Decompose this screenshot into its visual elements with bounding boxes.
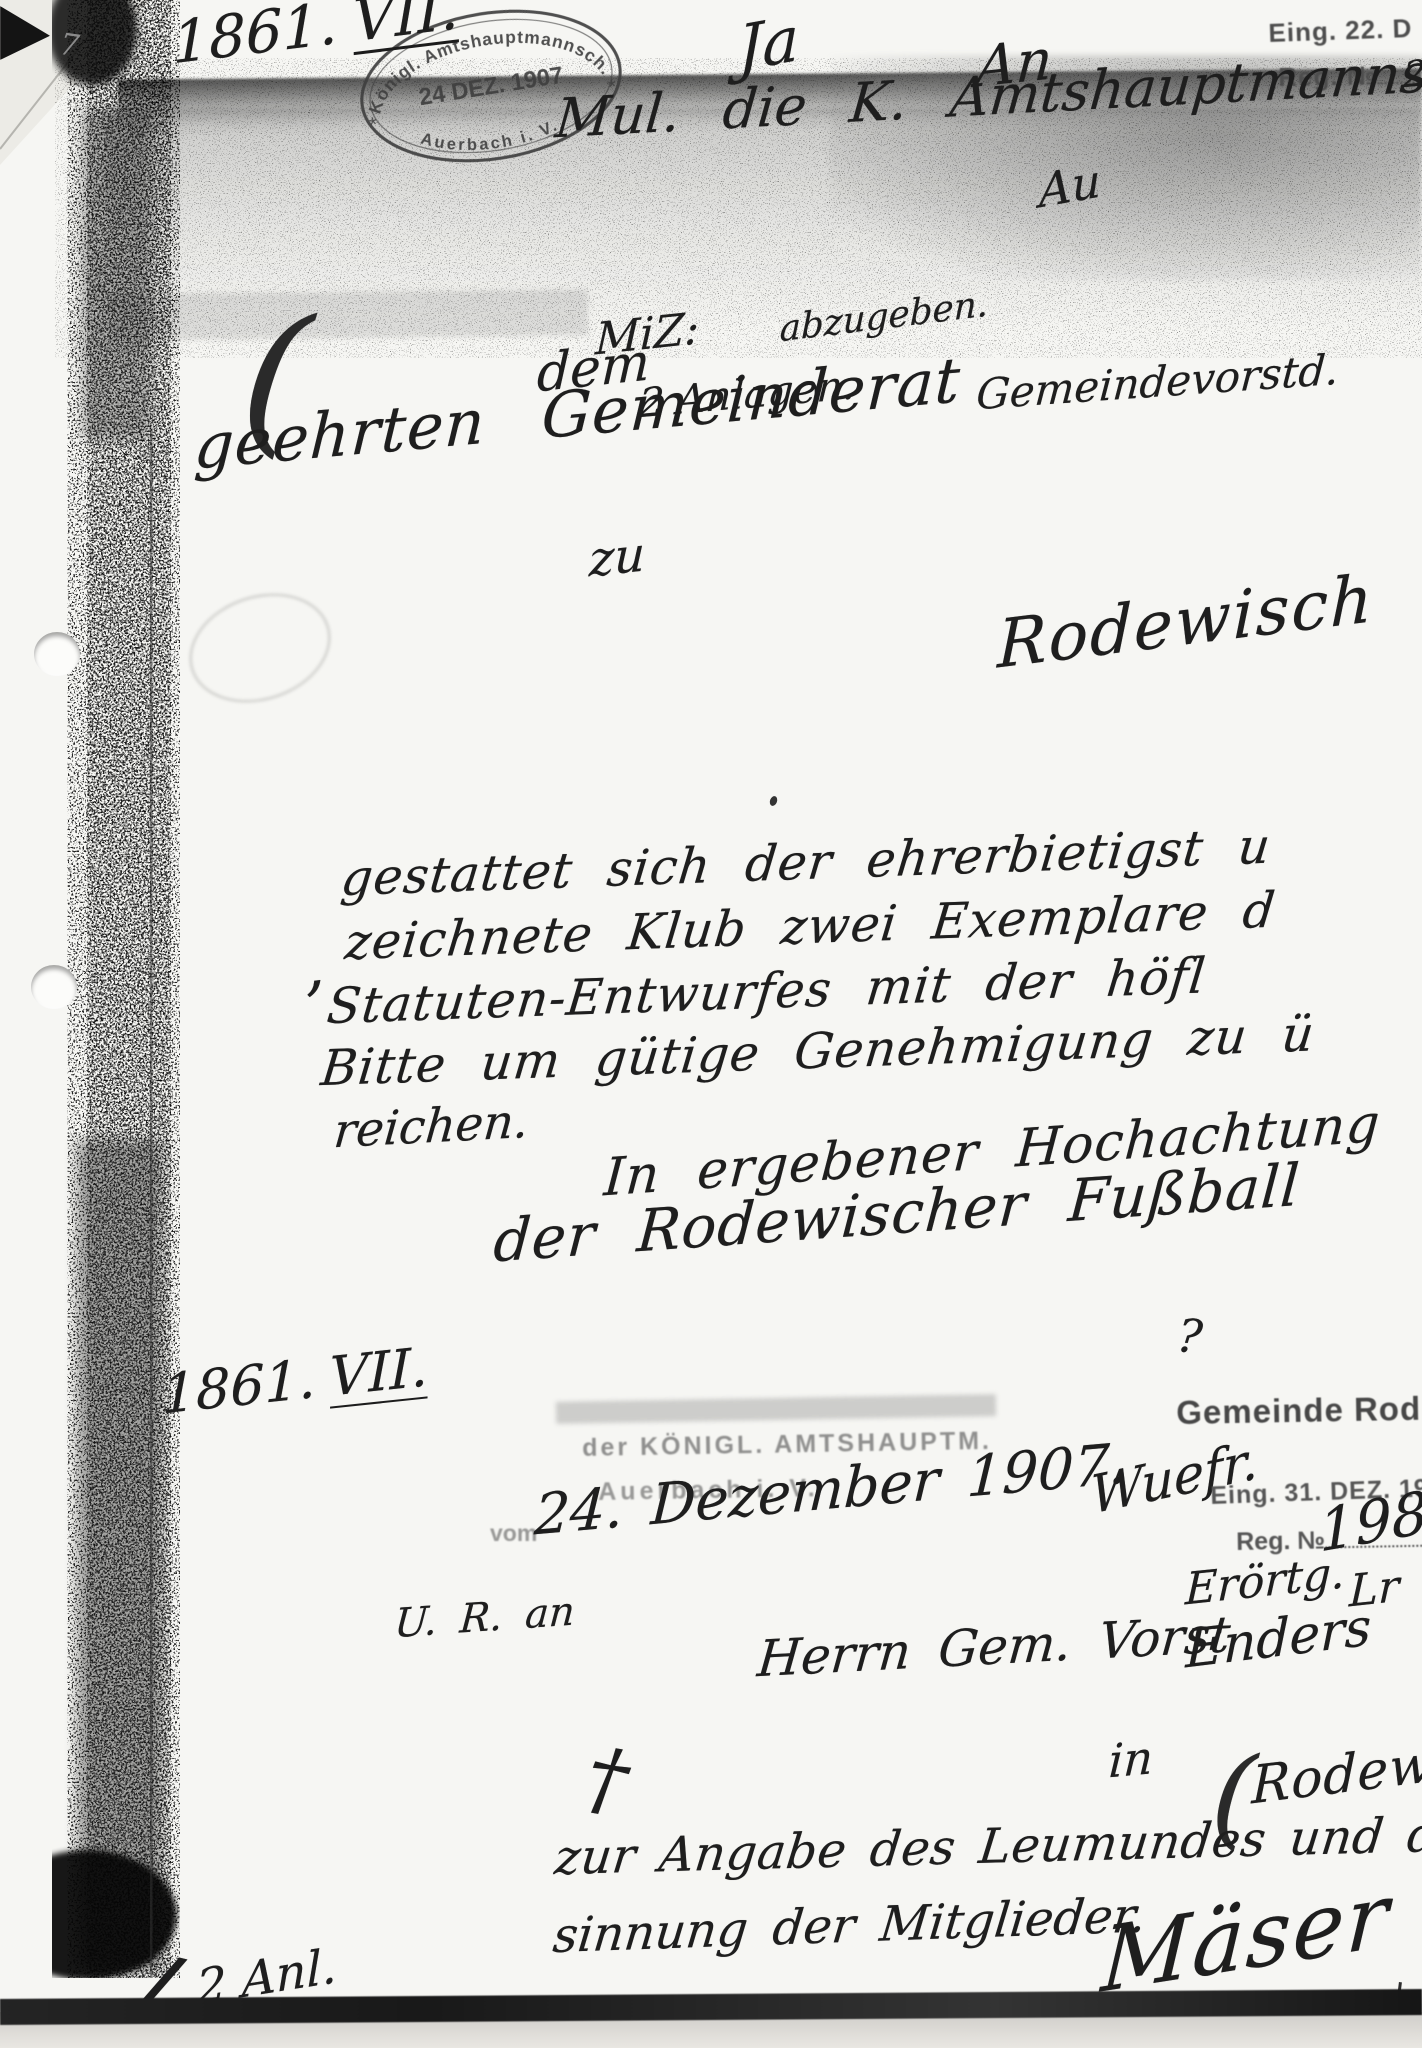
note-line-1: zur Angabe des Leumundes und der politis: [553, 1805, 1422, 1882]
top-right-eing-stamp: Eing. 22. D: [1268, 15, 1413, 46]
herrn-line: Herrn Gem. Vorst: [756, 1609, 1233, 1684]
zu-word: zu: [588, 530, 646, 584]
oval-stamp-star-left: *: [368, 113, 379, 137]
faint-stamp-vom: vom: [490, 1522, 537, 1545]
file-number-mid: 1861.VII.: [162, 1340, 428, 1426]
dagger-mark: †: [580, 1736, 635, 1824]
body-line-5: reichen.: [332, 1098, 531, 1155]
hole-punch: [31, 965, 77, 1009]
margin-comma: ,: [300, 934, 327, 1000]
note-line-2: sinnung der Mitglieder.: [551, 1891, 1148, 1960]
gemeindevorstand-note: Gemeindevorstd.: [975, 349, 1340, 417]
file-number-mid-roman: VII.: [330, 1340, 428, 1409]
file-number-mid-year: 1861.: [162, 1347, 316, 1427]
gemeinde-stamp-name: Gemeinde Rod: [1176, 1392, 1421, 1429]
address-fragment: Au: [1038, 157, 1102, 214]
faint-stamp-smudge: [556, 1394, 996, 1424]
scanned-letter-page: Königl. Amtshauptmannsch. 24 DEZ. 1907 A…: [0, 0, 1422, 2048]
ink-dot: [769, 795, 779, 807]
in-word: in: [1108, 1734, 1155, 1784]
question-squiggle: ?: [1175, 1312, 1204, 1360]
disposal-line: U. R. an: [393, 1591, 576, 1644]
svg-text:Auerbach i. V.: Auerbach i. V.: [416, 108, 563, 164]
oval-stamp-place: Auerbach i. V.: [416, 108, 563, 164]
ghost-stamp-ellipse: [175, 576, 344, 719]
rodewisch-word-2: Rodewisch: [1251, 1724, 1422, 1812]
rodewisch-word: Rodewisch: [997, 566, 1375, 679]
hole-punch: [34, 632, 80, 676]
paraph-center: Ja: [738, 7, 799, 81]
oval-stamp-date: 24 DEZ. 1907: [417, 62, 565, 110]
